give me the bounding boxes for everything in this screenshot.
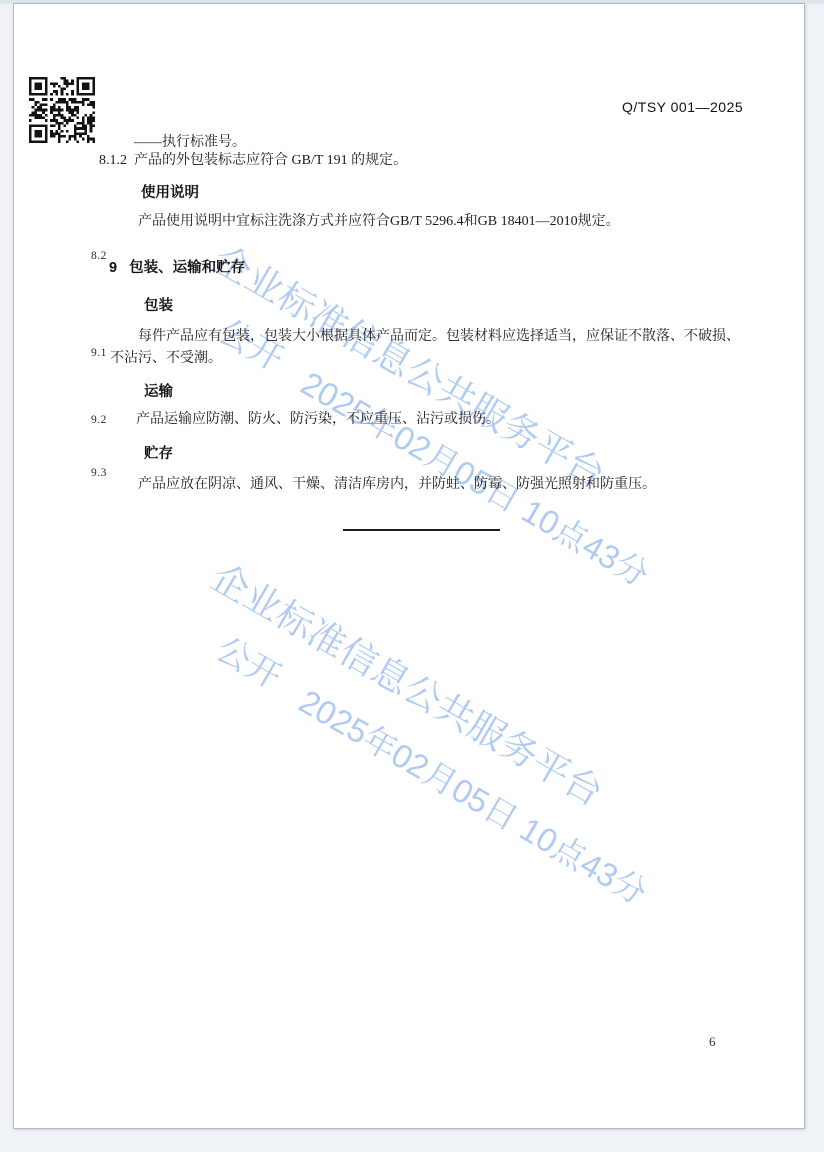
section-divider	[343, 529, 500, 531]
label-9-3: 9.3	[91, 468, 107, 480]
page-number: 6	[709, 1035, 716, 1048]
label-9-2: 9.2	[91, 415, 107, 427]
label-8-2: 8.2	[91, 251, 107, 263]
screenshot-root: { "page": { "doc_number": "Q/TSY 001—202…	[0, 0, 824, 1152]
para-usage-note: 产品使用说明中宜标注洗涤方式并应符合GB/T 5296.4和GB 18401—2…	[138, 215, 620, 229]
label-9-1: 9.1	[91, 348, 107, 360]
heading-usage-note: 使用说明	[141, 186, 199, 201]
para-packaging-line2: 不沾污、不受潮。	[110, 352, 222, 366]
doc-number: Q/TSY 001—2025	[622, 100, 743, 114]
heading-packaging-transport-storage: 9 包装、运输和贮存	[109, 261, 245, 276]
heading-packaging: 包装	[144, 299, 173, 314]
watermark-public-label: 公开	[213, 314, 289, 377]
clause-8-1-2: 8.1.2 产品的外包装标志应符合 GB/T 191 的规定。	[99, 154, 407, 168]
dash-note-line: ——执行标准号。	[134, 136, 246, 150]
heading-transport: 运输	[144, 385, 173, 400]
watermark-lower: 企业标准信息公共服务平台 公开 2025年02月05日 10点43分	[154, 558, 622, 909]
para-packaging-line1: 每件产品应有包装，包装大小根据具体产品而定。包装材料应选择适当，应保证不散落、不…	[138, 330, 740, 344]
para-storage: 产品应放在阴凉、通风、干燥、清洁库房内，并防蛀、防霉、防强光照射和防重压。	[138, 478, 656, 492]
document-page: Q/TSY 001—2025 ——执行标准号。 8.1.2 产品的外包装标志应符…	[13, 3, 805, 1129]
heading-storage: 贮存	[144, 447, 173, 462]
watermark-datetime: 2025年02月05日 10点43分	[294, 684, 652, 910]
watermark-title: 企业标准信息公共服务平台	[208, 240, 611, 494]
para-transport: 产品运输应防潮、防火、防污染，不应重压、沾污或损伤。	[136, 413, 500, 427]
watermark-title: 企业标准信息公共服务平台	[206, 558, 609, 812]
watermark-public-label: 公开	[211, 632, 287, 695]
qr-code-icon	[28, 77, 96, 143]
